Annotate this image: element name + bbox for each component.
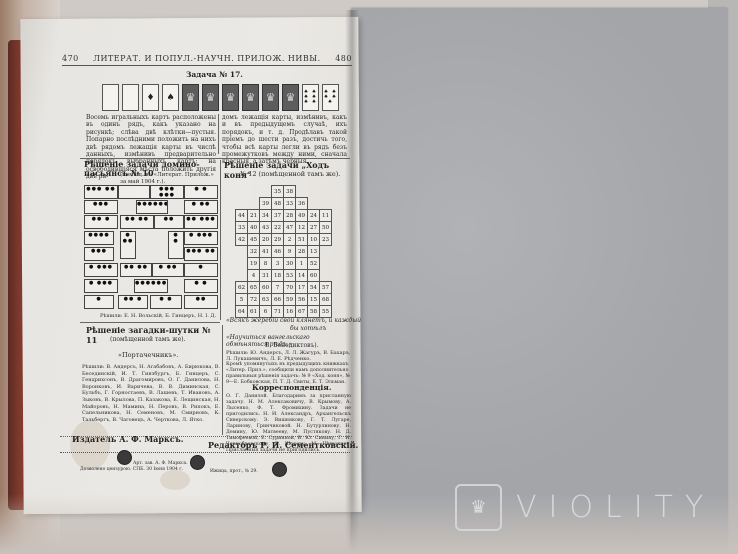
grid-row: 43118531460 [236,270,332,282]
grid-row: 3340432247122750 [236,222,332,234]
domino-tile: ● ●●● [184,231,218,245]
domino-tile: ●●● [120,231,136,259]
column-divider [218,114,219,154]
playing-cards-row: ♦ ♠ ♠ ♠♠ ♠♠ ♠ ♠ ♠♠ ♠♠ [102,84,339,111]
column-divider [222,325,223,435]
knight-motto-line2: бы хотѣлъ [290,325,326,332]
knight-answer-solvers: Рѣшили: Ю. Андерсъ, Л. Л. Жагуръ, В. Бах… [226,350,351,362]
domino-tile: ●●●●●● [134,279,168,293]
domino-tile: ●●● [84,200,118,214]
domino-tile: ● ●● [184,200,218,214]
page-stain [70,420,110,470]
correspondence-title: Корреспонденція. [252,383,331,392]
double-eagle-icon [190,455,205,470]
riddle-solution-subtitle: (помѣщенной тамъ же). [110,336,186,343]
knight-motto-line1: «Всякъ жеребій свой клянетъ, и каждый [226,317,361,324]
grid-row: 572636659561568 [236,294,332,306]
knight-solution-subtitle: № 12 (помѣщенной тамъ же). [240,171,340,178]
running-title: ЛИТЕРАТ. И ПОПУЛ.-НАУЧН. ПРИЛОЖ. НИВЫ. [93,54,320,63]
editor: Редакторъ Р. И. Сементковскій. [208,440,358,450]
running-header: 470 ЛИТЕРАТ. И ПОПУЛ.-НАУЧН. ПРИЛОЖ. НИВ… [62,54,352,66]
face-card [202,84,219,111]
grid-row: 424520292511023 [236,234,332,246]
seal-icon [272,462,287,477]
issue-line: Ижица, прот., № 29. [210,468,258,475]
domino-tile: ● ● [184,279,218,293]
domino-tile: ●● ●● [120,263,152,277]
watermark: ♛ VIOLITY [455,484,715,531]
puzzle-17-title: Задача № 17. [186,70,243,79]
face-card [282,84,299,111]
riddle-answer: «Портачечникъ». [118,352,179,359]
domino-tile: ●● ●● [120,215,154,229]
domino-tile [118,185,150,199]
knight-answer-author: В. Бенедиктовъ). [265,342,319,349]
face-card [182,84,199,111]
ace-card: ♦ [142,84,159,111]
knight-tour-grid: 3538 39483336 4421343728492411 334043224… [235,185,332,318]
domino-tile: ● ● [184,185,218,199]
domino-tile: ●●● [84,247,114,261]
page-number-right: 480 [335,54,352,63]
domino-tile: ●●●●●● [136,200,168,214]
printer-line: Арт. зав. А. Ф. Маркса. [133,460,188,467]
spot-card: ♠ ♠♠ ♠♠ ♠ [302,84,319,111]
domino-tile: ● ●●● [84,279,118,293]
grid-row: 32414692813 [236,246,332,258]
domino-tile: ●● [168,231,184,259]
domino-tile: ●●●● [84,231,114,245]
grid-row: 646167116675855 [236,306,332,318]
watermark-text: VIOLITY [516,490,715,525]
face-card [262,84,279,111]
empty-card-slot [122,84,139,111]
book-spine-shadow [345,10,359,550]
publisher: Издатель А. Ф. Марксъ. [72,434,184,444]
domino-solvers: Рѣшили: Е. Н. Вольскій, Б. Гинцеръ, Н. І… [100,313,216,320]
page-number-left: 470 [62,54,79,63]
domino-tile: ● [184,263,218,277]
grid-row: 626560770175457 [236,282,332,294]
face-card [242,84,259,111]
grid-row: 198330152 [236,258,332,270]
ace-card: ♠ [162,84,179,111]
domino-solitaire-diagram: ●●● ●● ●●● ●●● ● ● ●●● ●●●●●● ● ●● ●● ● … [84,185,218,310]
domino-tile: ● [84,295,114,309]
domino-tile: ●● [184,295,218,309]
domino-tile: ●●● ●● [84,185,118,199]
crown-icon: ♛ [455,484,502,531]
column-divider [220,160,221,320]
riddle-solvers: Рѣшили: В. Андерсъ, Н. Агабабовъ, А. Бир… [82,364,220,423]
grid-row: 3538 [236,186,332,198]
face-card [222,84,239,111]
domino-tile: ●● [154,215,184,229]
section-divider [80,322,220,323]
grid-row: 4421343728492411 [236,210,332,222]
footer-divider [60,452,350,453]
domino-tile: ●●● ●●● [150,185,184,199]
domino-tile: ● ●●● [84,263,118,277]
domino-tile: ● ● [150,295,182,309]
domino-tile: ●● ● [84,215,118,229]
domino-tile: ● ●● [152,263,184,277]
spot-card: ♠ ♠♠ ♠♠ [322,84,339,111]
empty-card-slot [102,84,119,111]
seal-icon [117,450,132,465]
domino-tile: ●● ● [118,295,148,309]
domino-tile: ●●● ●● [184,247,218,261]
blank-grey-page [352,8,728,554]
grid-row: 39483336 [236,198,332,210]
domino-tile: ●● ●●● [184,215,218,229]
